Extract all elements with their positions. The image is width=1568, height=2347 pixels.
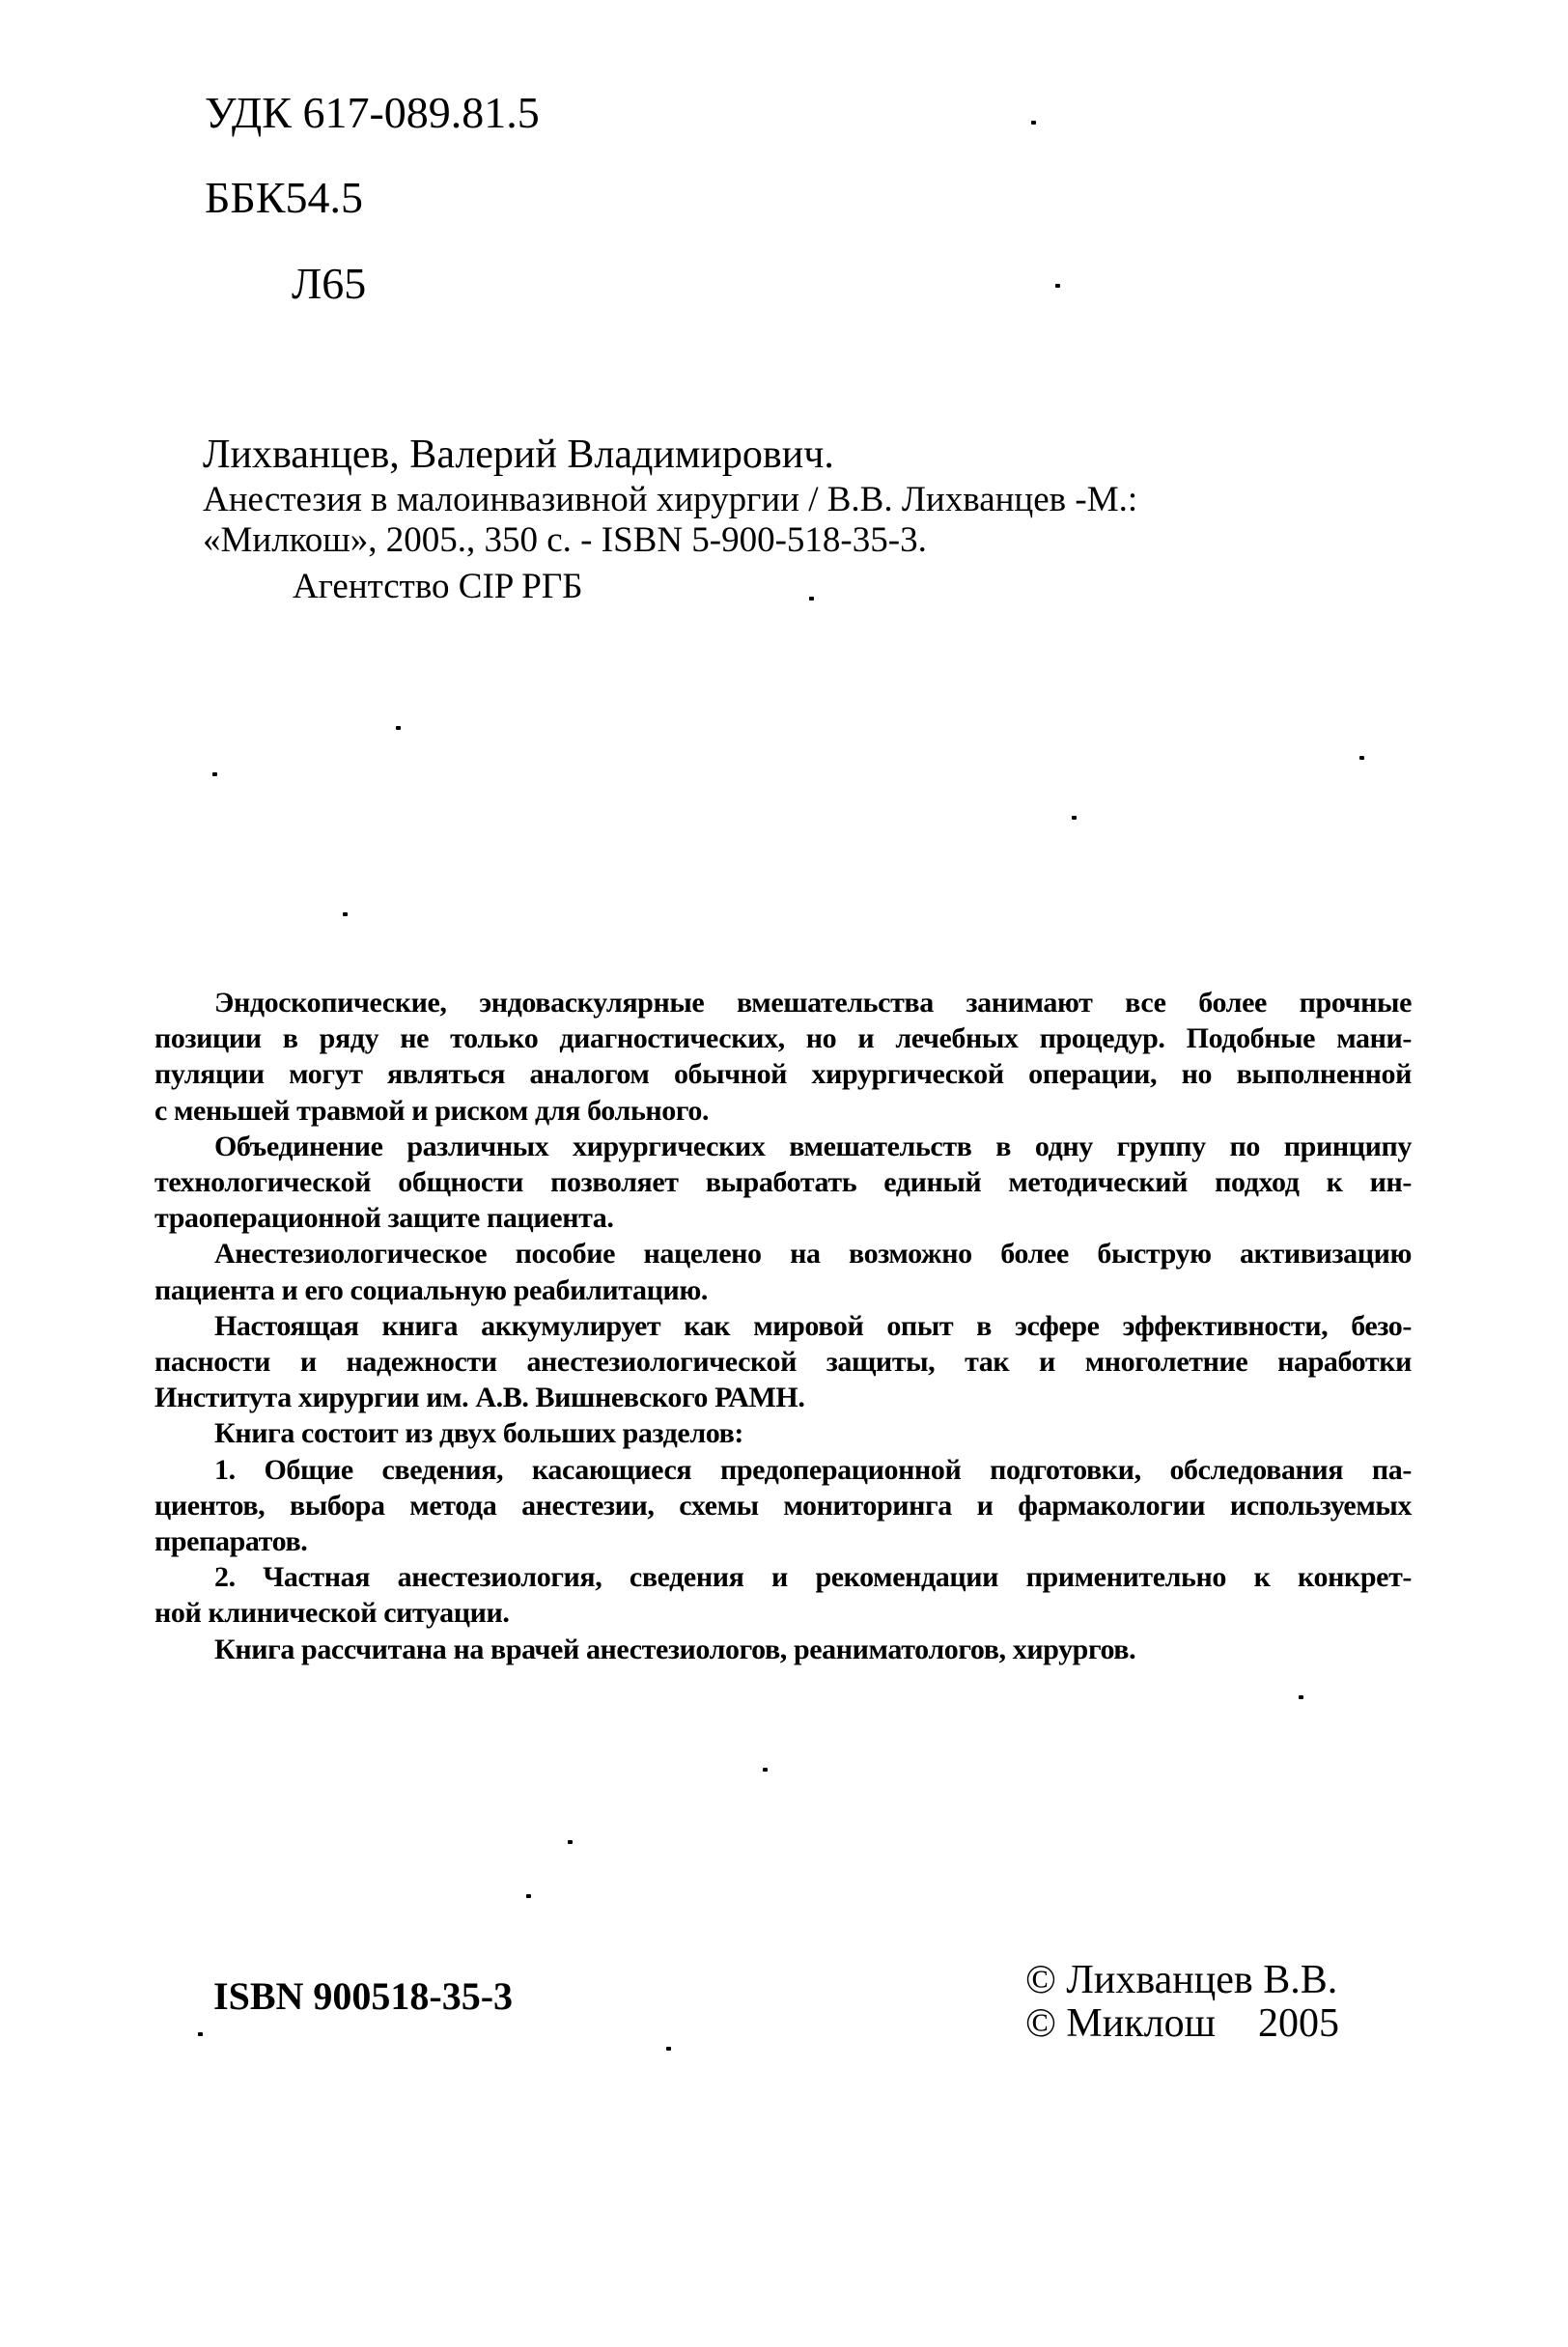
annotation-line: Настоящая книга аккумулирует как мировой… (154, 1308, 1412, 1344)
annotation-line: Книга состоит из двух больших разделов: (154, 1415, 1412, 1451)
annotation-line: пасности и надежности анестезиологическо… (154, 1344, 1412, 1380)
scan-speck (763, 1768, 768, 1772)
scan-speck (1031, 121, 1036, 125)
catalog-agency: Агентство CIP РГБ (293, 569, 582, 604)
annotation-line: траоперационной защите пациента. (154, 1200, 1412, 1236)
annotation-line: препаратов. (154, 1523, 1412, 1559)
bbk-code: ББК54.5 (205, 176, 363, 220)
annotation-line: циентов, выбора метода анестезии, схемы … (154, 1488, 1412, 1523)
scan-speck (1055, 284, 1060, 288)
annotation-line: позиции в ряду не только диагностических… (154, 1020, 1412, 1056)
annotation-line: ной клинической ситуации. (154, 1595, 1412, 1631)
catalog-title-line: Анестезия в малоинвазивной хирургии / В.… (203, 482, 1137, 517)
annotation-line: Объединение различных хирургических вмеш… (154, 1129, 1412, 1164)
annotation-line: Анестезиологическое пособие нацелено на … (154, 1236, 1412, 1271)
author-mark: Л65 (292, 262, 366, 306)
annotation-line: Эндоскопические, эндоваскулярные вмешате… (154, 985, 1412, 1020)
scan-speck (198, 2032, 203, 2036)
annotation-line: пациента и его социальную реабилитацию. (154, 1272, 1412, 1308)
catalog-author: Лихванцев, Валерий Владимирович. (203, 434, 834, 475)
scan-speck (568, 1840, 573, 1844)
annotation-line: пуляции могут являться аналогом обычной … (154, 1056, 1412, 1092)
copyright-author: © Лихванцев В.В. (1025, 1960, 1337, 2000)
annotation-line: Книга рассчитана на врачей анестезиолого… (154, 1632, 1412, 1667)
copyright-publisher-line: © Миклош2005 (1025, 2003, 1339, 2044)
annotation-line: с меньшей травмой и риском для больного. (154, 1093, 1412, 1129)
scan-speck (1299, 1695, 1303, 1699)
scan-speck (666, 2047, 671, 2051)
isbn: ISBN 900518-35-3 (213, 1977, 513, 2016)
scan-speck (396, 726, 401, 730)
scan-speck (1359, 756, 1364, 760)
copyright-publisher: © Миклош (1025, 2001, 1216, 2046)
scan-speck (343, 912, 348, 916)
scan-speck (212, 772, 217, 776)
scan-speck (1072, 816, 1077, 820)
annotation-line: 1. Общие сведения, касающиеся предоперац… (154, 1452, 1412, 1488)
annotation-line: Института хирургии им. А.В. Вишневского … (154, 1380, 1412, 1415)
annotation-line: технологической общности позволяет выраб… (154, 1164, 1412, 1200)
annotation-line: 2. Частная анестезиология, сведения и ре… (154, 1559, 1412, 1595)
scan-speck (526, 1894, 531, 1898)
udk-code: УДК 617-089.81.5 (205, 91, 540, 135)
catalog-publisher-line: «Милкош», 2005., 350 с. - ISBN 5-900-518… (203, 522, 927, 558)
scan-speck (809, 597, 814, 601)
copyright-year: 2005 (1258, 2003, 1339, 2044)
